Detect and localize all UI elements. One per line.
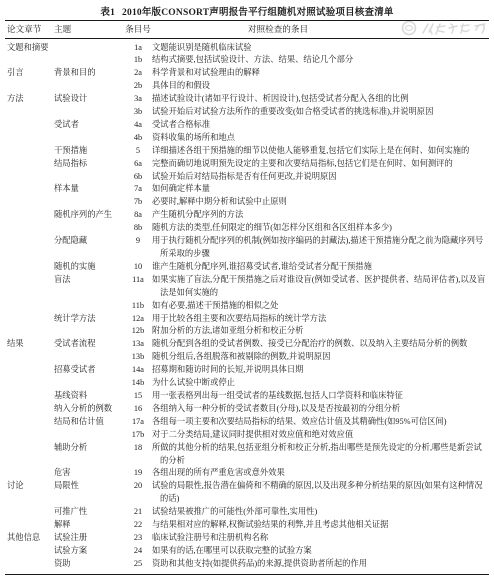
- item-number-cell: 4a: [124, 119, 152, 132]
- checklist-item-cell: 附加分析的方法,诸如亚组分析和校正分析: [152, 325, 489, 338]
- table-row: 方法 试验设计 3a 描述试验设计(诸如平行设计、析因设计),包括受试者分配入各…: [5, 93, 489, 106]
- table-row: 8b 随机方法的类型,任何限定的细节(如怎样分区组和各区组样本多少): [5, 222, 489, 235]
- table-row: 结局指标 6a 完整而确切地说明预先设定的主要和次要结局指标,包括它们是在何时、…: [5, 158, 489, 171]
- table-header-row: 论文章节 主题 条目号 对照检查的条目: [5, 21, 489, 39]
- item-number-cell: 19: [124, 467, 152, 480]
- topic-cell: 结局指标: [54, 158, 124, 171]
- item-number-cell: 20: [124, 480, 152, 493]
- column-header-section: 论文章节: [7, 25, 54, 34]
- item-number-cell: 8b: [124, 222, 152, 235]
- checklist-item-cell: 描述试验设计(诸如平行设计、析因设计),包括受试者分配入各组的比例: [152, 93, 489, 106]
- item-number-cell: 22: [124, 519, 152, 532]
- table-row: 受试者 4a 受试者合格标准: [5, 119, 489, 132]
- topic-cell: 基线资料: [54, 390, 124, 403]
- topic-cell: 试验注册: [54, 532, 124, 545]
- item-number-cell: 17a: [124, 416, 152, 429]
- checklist-table: 论文章节 主题 条目号 对照检查的条目 文题和摘要 1a 文题能识别是随机临床试…: [5, 20, 489, 575]
- topic-cell: 招募受试者: [54, 364, 124, 377]
- checklist-item-cell: 具体目的和假设: [152, 80, 489, 93]
- table-row: 试验方案 24 如果有的话,在哪里可以获取完整的试验方案: [5, 545, 489, 558]
- checklist-item-cell: 试验结果被推广的可能性(外部可靠性,实用性): [152, 506, 489, 519]
- section-cell: 讨论: [7, 480, 54, 493]
- checklist-item-cell: 受试者合格标准: [152, 119, 489, 132]
- checklist-item-cell: 必要时,解释中期分析和试验中止原则: [152, 196, 489, 209]
- topic-cell: 统计学方法: [54, 313, 124, 326]
- checklist-item-cell: 随机分组后,各组脱落和被剔除的例数,并说明原因: [152, 351, 489, 364]
- topic-cell: 可推广性: [54, 506, 124, 519]
- item-number-cell: 7b: [124, 196, 152, 209]
- checklist-item-cell: 各组纳入每一种分析的受试者数目(分母),以及是否按最初的分组分析: [152, 403, 489, 416]
- table-row: 7b 必要时,解释中期分析和试验中止原则: [5, 196, 489, 209]
- table-row: 基线资料 15 用一张表格列出每一组受试者的基线数据,包括人口学资料和临床特征: [5, 390, 489, 403]
- checklist-item-cell: 资助和其他支持(如提供药品)的来源,提供资助者所起的作用: [152, 558, 489, 571]
- checklist-item-cell: 试验的局限性,报告潜在偏倚和不精确的原因,以及出现多种分析结果的原因(如果有这种…: [152, 480, 489, 506]
- item-number-cell: 4b: [124, 132, 152, 145]
- checklist-item-cell: 各组每一项主要和次要结局指标的结果、效应估计值及其精确性(如95%可信区间): [152, 416, 489, 429]
- topic-cell: 受试者流程: [54, 338, 124, 351]
- item-number-cell: 11b: [124, 300, 152, 313]
- checklist-item-cell: 试验开始后对试验方法所作的重要改变(如合格受试者的挑选标准),并说明原因: [152, 106, 489, 119]
- item-number-cell: 3a: [124, 93, 152, 106]
- topic-cell: 危害: [54, 467, 124, 480]
- table-row: 14b 为什么试验中断或停止: [5, 377, 489, 390]
- item-number-cell: 7a: [124, 183, 152, 196]
- checklist-item-cell: 详细描述各组干预措施的细节以使他人能够重复,包括它们实际上是在何时、如何实施的: [152, 145, 489, 158]
- topic-cell: 背景和目的: [54, 67, 124, 80]
- checklist-item-cell: 为什么试验中断或停止: [152, 377, 489, 390]
- item-number-cell: 24: [124, 545, 152, 558]
- table-row: 干预措施 5 详细描述各组干预措施的细节以使他人能够重复,包括它们实际上是在何时…: [5, 145, 489, 158]
- section-cell: 结果: [7, 338, 54, 351]
- item-number-cell: 13a: [124, 338, 152, 351]
- topic-cell: 随机序列的产生: [54, 209, 124, 222]
- checklist-item-cell: 谁产生随机分配序列,谁招募受试者,谁给受试者分配干预措施: [152, 261, 489, 274]
- topic-cell: 纳入分析的例数: [54, 403, 124, 416]
- checklist-item-cell: 随机分配到各组的受试者例数、接受已分配治疗的例数、以及纳入主要结局分析的例数: [152, 338, 489, 351]
- table-row: 6b 试验开始后对结局指标是否有任何更改,并说明原因: [5, 171, 489, 184]
- checklist-item-cell: 随机方法的类型,任何限定的细节(如怎样分区组和各区组样本多少): [152, 222, 489, 235]
- table-row: 2b 具体目的和假设: [5, 80, 489, 93]
- checklist-item-cell: 各组出现的所有严重危害或意外效果: [152, 467, 489, 480]
- checklist-item-cell: 结构式摘要,包括试验设计、方法、结果、结论几个部分: [152, 54, 489, 67]
- checklist-item-cell: 如果有的话,在哪里可以获取完整的试验方案: [152, 545, 489, 558]
- topic-cell: 盲法: [54, 274, 124, 287]
- item-number-cell: 21: [124, 506, 152, 519]
- table-row: 结局和估计值 17a 各组每一项主要和次要结局指标的结果、效应估计值及其精确性(…: [5, 416, 489, 429]
- checklist-item-cell: 如何确定样本量: [152, 183, 489, 196]
- item-number-cell: 2a: [124, 67, 152, 80]
- item-number-cell: 16: [124, 403, 152, 416]
- checklist-item-cell: 用于比较各组主要和次要结局指标的统计学方法: [152, 313, 489, 326]
- checklist-item-cell: 与结果相对应的解释,权衡试验结果的利弊,并且考虑其他相关证据: [152, 519, 489, 532]
- table-row: 11b 如有必要,描述干预措施的相似之处: [5, 300, 489, 313]
- item-number-cell: 17b: [124, 429, 152, 442]
- checklist-item-cell: 资料收集的场所和地点: [152, 132, 489, 145]
- table-row: 4b 资料收集的场所和地点: [5, 132, 489, 145]
- item-number-cell: 15: [124, 390, 152, 403]
- item-number-cell: 14b: [124, 377, 152, 390]
- item-number-cell: 25: [124, 558, 152, 571]
- checklist-item-cell: 如果实施了盲法,分配干预措施之后对谁设盲(例如受试者、医护提供者、结局评估者),…: [152, 274, 489, 300]
- topic-cell: 分配隐藏: [54, 235, 124, 248]
- item-number-cell: 11a: [124, 274, 152, 287]
- topic-cell: 结局和估计值: [54, 416, 124, 429]
- table-row: 危害 19 各组出现的所有严重危害或意外效果: [5, 467, 489, 480]
- item-number-cell: 18: [124, 442, 152, 455]
- item-number-cell: 8a: [124, 209, 152, 222]
- item-number-cell: 12b: [124, 325, 152, 338]
- table-row: 随机的实施 10 谁产生随机分配序列,谁招募受试者,谁给受试者分配干预措施: [5, 261, 489, 274]
- topic-cell: 受试者: [54, 119, 124, 132]
- checklist-item-cell: 用一张表格列出每一组受试者的基线数据,包括人口学资料和临床特征: [152, 390, 489, 403]
- section-cell: 引言: [7, 67, 54, 80]
- table-title: 表12010年版CONSORT声明报告平行组随机对照试验项目核查清单: [0, 4, 494, 18]
- section-cell: 其他信息: [7, 532, 54, 545]
- section-cell: 方法: [7, 93, 54, 106]
- column-header-checklist-item: 对照检查的条目: [152, 25, 489, 34]
- column-header-item-number: 条目号: [124, 25, 152, 34]
- checklist-item-cell: 产生随机分配序列的方法: [152, 209, 489, 222]
- checklist-item-cell: 如有必要,描述干预措施的相似之处: [152, 300, 489, 313]
- table-row: 引言 背景和目的 2a 科学背景和对试验理由的解释: [5, 67, 489, 80]
- table-row: 1b 结构式摘要,包括试验设计、方法、结果、结论几个部分: [5, 54, 489, 67]
- topic-cell: 试验设计: [54, 93, 124, 106]
- table-row: 分配隐藏 9 用于执行随机分配序列的机制(例如按序编码的封藏法),描述干预措施分…: [5, 235, 489, 261]
- item-number-cell: 1b: [124, 54, 152, 67]
- topic-cell: 样本量: [54, 183, 124, 196]
- topic-cell: 干预措施: [54, 145, 124, 158]
- table-body: 文题和摘要 1a 文题能识别是随机临床试验 1b 结构式摘要,包括试验设计、方法…: [5, 39, 489, 575]
- item-number-cell: 23: [124, 532, 152, 545]
- item-number-cell: 14a: [124, 364, 152, 377]
- table-row: 资助 25 资助和其他支持(如提供药品)的来源,提供资助者所起的作用: [5, 558, 489, 571]
- item-number-cell: 1a: [124, 42, 152, 55]
- topic-cell: 解释: [54, 519, 124, 532]
- item-number-cell: 5: [124, 145, 152, 158]
- table-row: 随机序列的产生 8a 产生随机分配序列的方法: [5, 209, 489, 222]
- table-row: 招募受试者 14a 招募期和随访时间的长短,并说明具体日期: [5, 364, 489, 377]
- table-row: 17b 对于二分类结局,建议同时提供相对效应值和绝对效应值: [5, 429, 489, 442]
- column-header-topic: 主题: [54, 25, 124, 34]
- table-row: 解释 22 与结果相对应的解释,权衡试验结果的利弊,并且考虑其他相关证据: [5, 519, 489, 532]
- checklist-item-cell: 所做的其他分析的结果,包括亚组分析和校正分析,指出哪些是预先设定的分析,哪些是新…: [152, 442, 489, 468]
- item-number-cell: 6a: [124, 158, 152, 171]
- table-row: 纳入分析的例数 16 各组纳入每一种分析的受试者数目(分母),以及是否按最初的分…: [5, 403, 489, 416]
- checklist-item-cell: 用于执行随机分配序列的机制(例如按序编码的封藏法),描述干预措施分配之前为隐藏序…: [152, 235, 489, 261]
- table-row: 结果 受试者流程 13a 随机分配到各组的受试者例数、接受已分配治疗的例数、以及…: [5, 338, 489, 351]
- table-row: 文题和摘要 1a 文题能识别是随机临床试验: [5, 42, 489, 55]
- topic-cell: 试验方案: [54, 545, 124, 558]
- topic-cell: 随机的实施: [54, 261, 124, 274]
- table-row: 13b 随机分组后,各组脱落和被剔除的例数,并说明原因: [5, 351, 489, 364]
- item-number-cell: 2b: [124, 80, 152, 93]
- checklist-item-cell: 招募期和随访时间的长短,并说明具体日期: [152, 364, 489, 377]
- table-row: 盲法 11a 如果实施了盲法,分配干预措施之后对谁设盲(例如受试者、医护提供者、…: [5, 274, 489, 300]
- table-row: 讨论 局限性 20 试验的局限性,报告潜在偏倚和不精确的原因,以及出现多种分析结…: [5, 480, 489, 506]
- item-number-cell: 3b: [124, 106, 152, 119]
- item-number-cell: 12a: [124, 313, 152, 326]
- table-row: 辅助分析 18 所做的其他分析的结果,包括亚组分析和校正分析,指出哪些是预先设定…: [5, 442, 489, 468]
- checklist-item-cell: 完整而确切地说明预先设定的主要和次要结局指标,包括它们是在何时、如何测评的: [152, 158, 489, 171]
- table-row: 样本量 7a 如何确定样本量: [5, 183, 489, 196]
- table-label: 表1: [100, 8, 115, 18]
- section-cell: 文题和摘要: [7, 42, 54, 55]
- journal-page: 表12010年版CONSORT声明报告平行组随机对照试验项目核查清单 论文章节 …: [0, 0, 494, 576]
- table-row: 可推广性 21 试验结果被推广的可能性(外部可靠性,实用性): [5, 506, 489, 519]
- checklist-item-cell: 科学背景和对试验理由的解释: [152, 67, 489, 80]
- topic-cell: 辅助分析: [54, 442, 124, 455]
- topic-cell: 局限性: [54, 480, 124, 493]
- topic-cell: 资助: [54, 558, 124, 571]
- item-number-cell: 10: [124, 261, 152, 274]
- table-title-text: 2010年版CONSORT声明报告平行组随机对照试验项目核查清单: [122, 8, 394, 18]
- checklist-item-cell: 对于二分类结局,建议同时提供相对效应值和绝对效应值: [152, 429, 489, 442]
- item-number-cell: 6b: [124, 171, 152, 184]
- table-row: 统计学方法 12a 用于比较各组主要和次要结局指标的统计学方法: [5, 313, 489, 326]
- checklist-item-cell: 临床试验注册号和注册机构名称: [152, 532, 489, 545]
- checklist-item-cell: 试验开始后对结局指标是否有任何更改,并说明原因: [152, 171, 489, 184]
- table-row: 其他信息 试验注册 23 临床试验注册号和注册机构名称: [5, 532, 489, 545]
- item-number-cell: 13b: [124, 351, 152, 364]
- checklist-item-cell: 文题能识别是随机临床试验: [152, 42, 489, 55]
- table-row: 3b 试验开始后对试验方法所作的重要改变(如合格受试者的挑选标准),并说明原因: [5, 106, 489, 119]
- table-row: 12b 附加分析的方法,诸如亚组分析和校正分析: [5, 325, 489, 338]
- item-number-cell: 9: [124, 235, 152, 248]
